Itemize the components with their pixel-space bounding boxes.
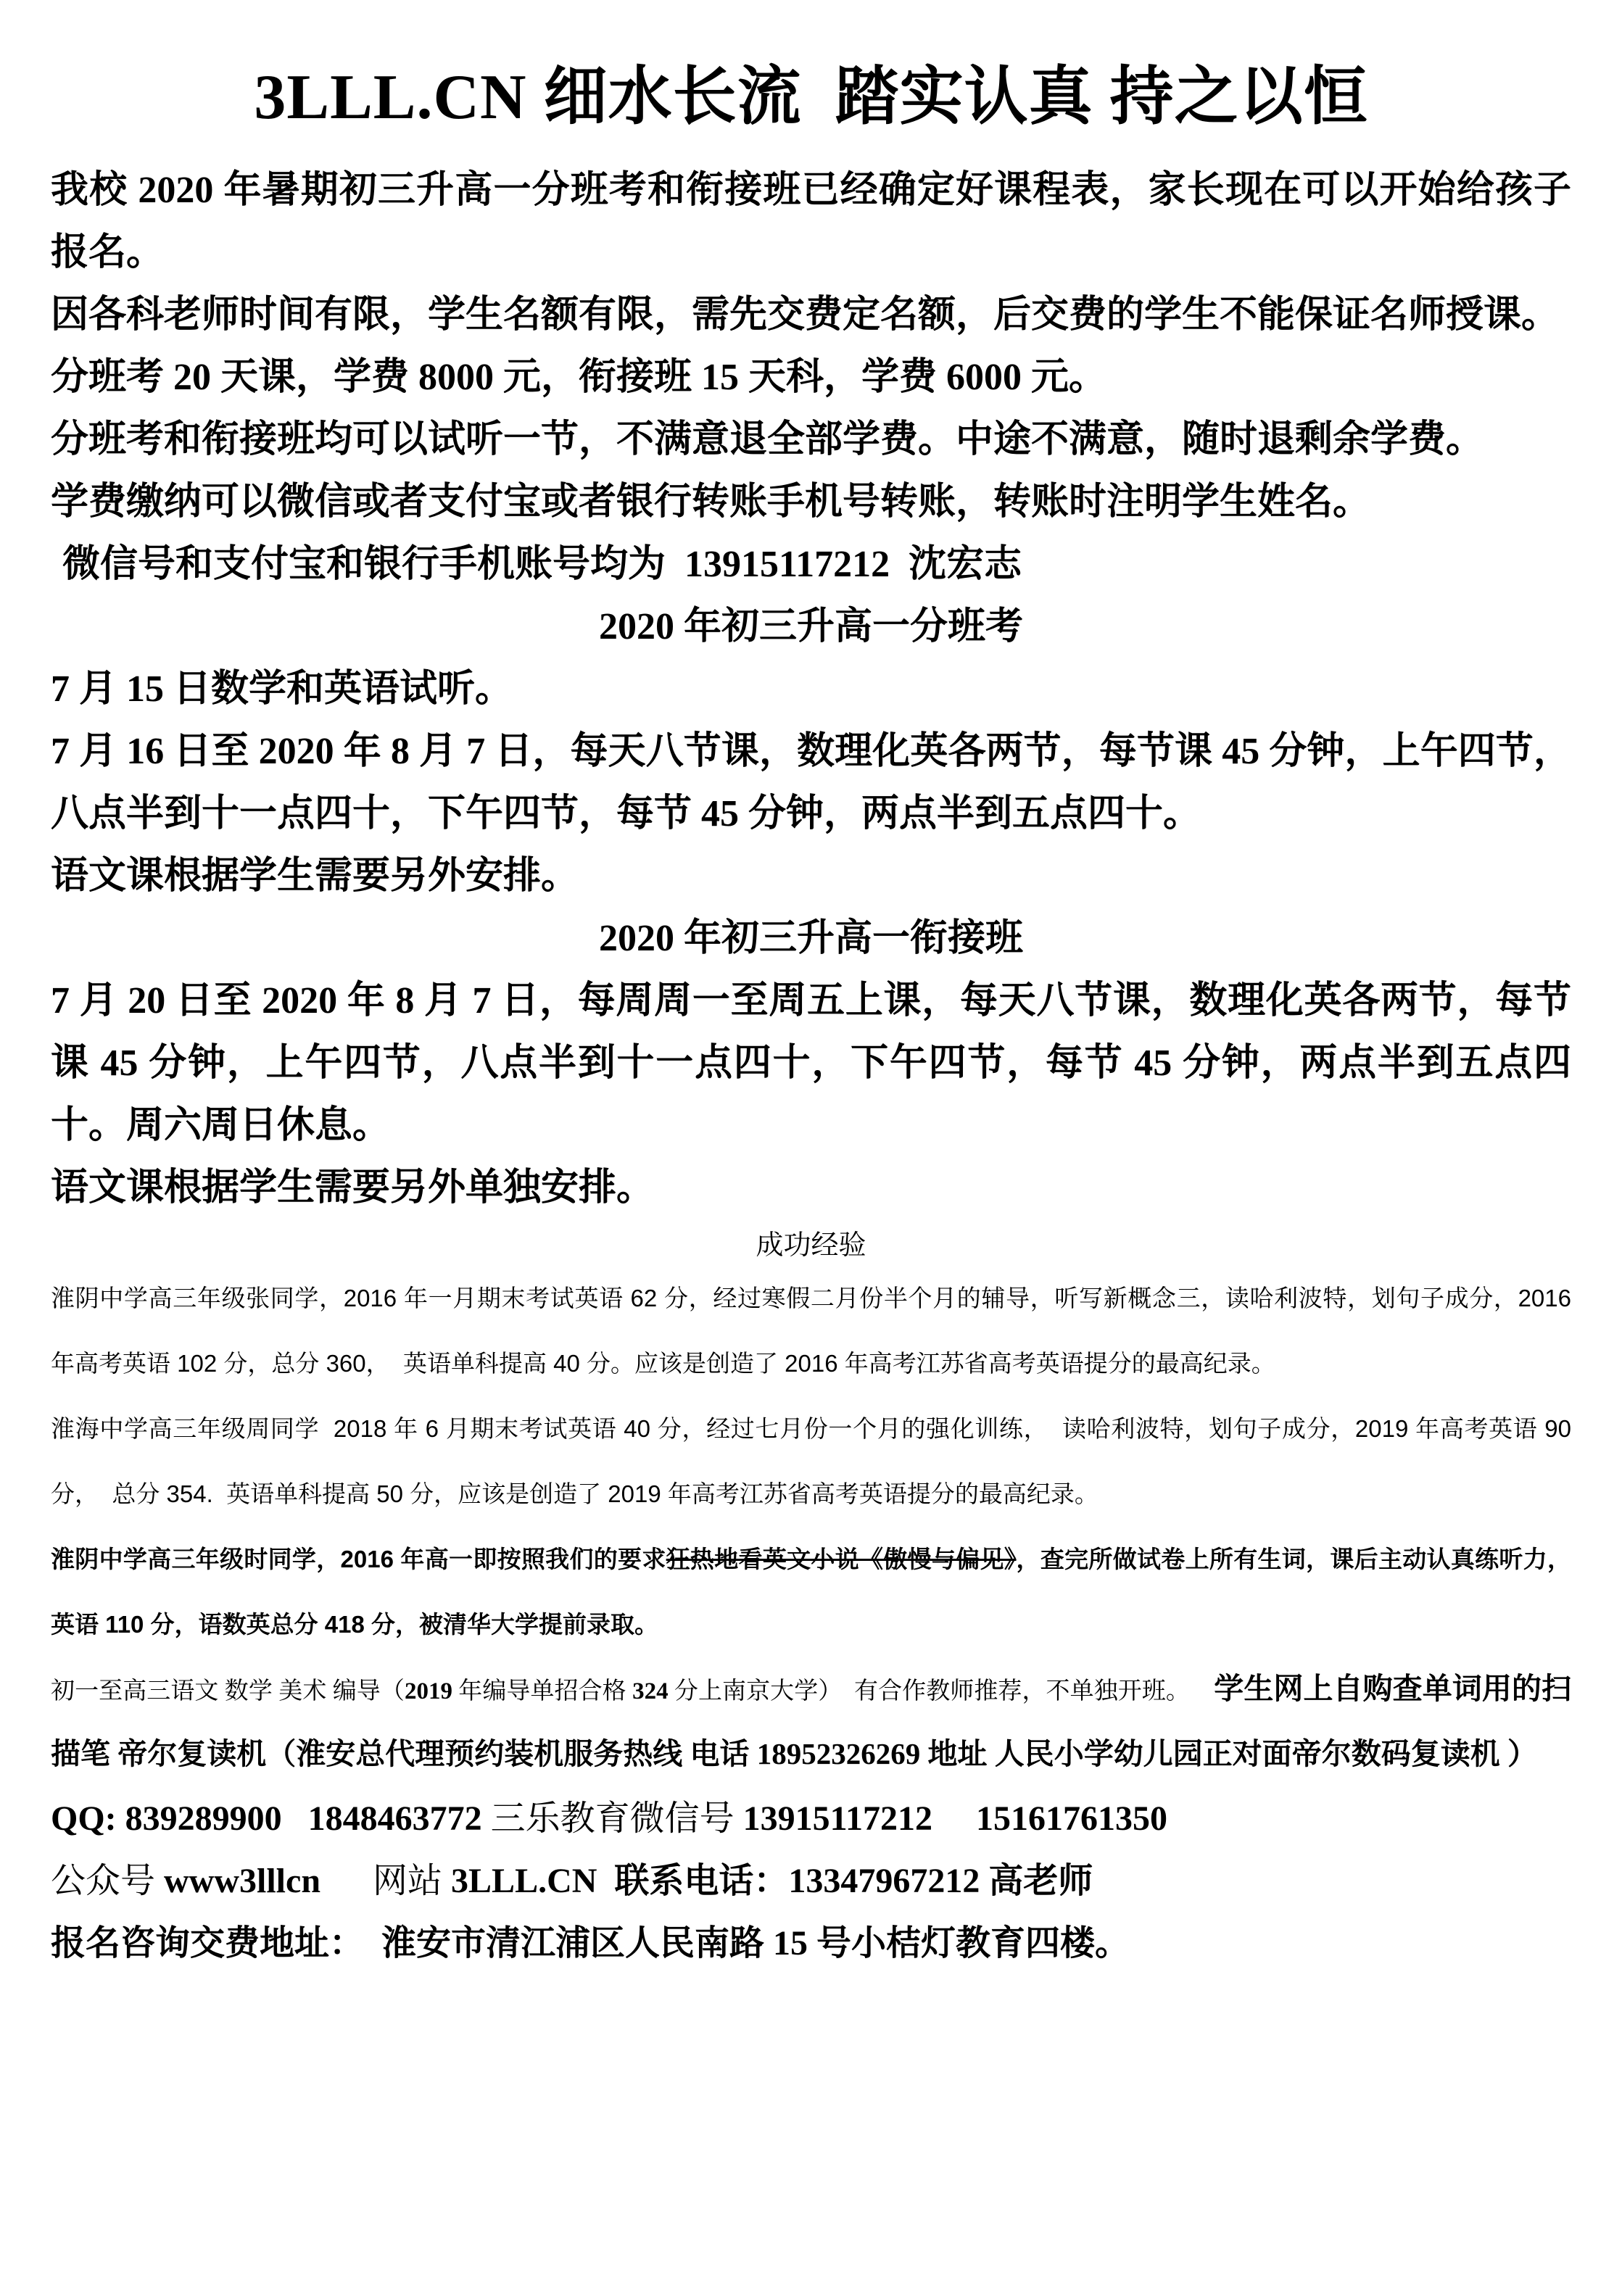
courses-paragraph: 初一至高三语文 数学 美术 编导（2019 年编导单招合格 324 分上南京大学… (51, 1657, 1571, 1788)
address-label: 报名咨询交费地址： (51, 1924, 364, 1963)
official-account-label: 公众号 (51, 1862, 164, 1900)
strikethrough-text: 狂热地看英文小说《傲慢与偏见》 (666, 1546, 1017, 1572)
success-case-1: 淮阴中学高三年级张同学，2016 年一月期末考试英语 62 分，经过寒假二月份半… (51, 1266, 1571, 1396)
courses-note-text: 分上南京大学） 有合作教师推荐，不单独开班。 (669, 1678, 1215, 1704)
intro-paragraph-3: 分班考 20 天课，学费 8000 元，衔接班 15 天科，学费 6000 元。 (51, 347, 1571, 409)
qq-numbers: QQ: 839289900 1848463772 (51, 1799, 482, 1838)
bridge-class-paragraph-2: 语文课根据学生需要另外单独安排。 (51, 1157, 1571, 1219)
contact-accounts-line: 公众号 www3lllcn 网站 3LLL.CN 联系电话：1334796721… (51, 1850, 1571, 1912)
wechat-numbers: 13915117212 15161761350 (743, 1799, 1167, 1838)
bridge-class-heading: 2020 年初三升高一衔接班 (51, 908, 1571, 970)
placement-exam-paragraph-3: 语文课根据学生需要另外安排。 (51, 845, 1571, 908)
wechat-label: 三乐教育微信号 (482, 1799, 743, 1838)
document-page: 3LLL.CN 细水长流 踏实认真 持之以恒 我校 2020 年暑期初三升高一分… (0, 0, 1622, 2296)
intro-paragraph-5: 学费缴纳可以微信或者支付宝或者银行转账手机号转账，转账时注明学生姓名。 (51, 471, 1571, 534)
intro-paragraph-2: 因各科老师时间有限，学生名额有限，需先交费定名额，后交费的学生不能保证名师授课。 (51, 284, 1571, 347)
success-stories-heading: 成功经验 (51, 1225, 1571, 1266)
address-value: 淮安市清江浦区人民南路 15 号小桔灯教育四楼。 (364, 1924, 1130, 1963)
placement-exam-paragraph-1: 7 月 15 日数学和英语试听。 (51, 658, 1571, 721)
success-case-3: 淮阴中学高三年级时同学，2016 年高一即按照我们的要求狂热地看英文小说《傲慢与… (51, 1527, 1571, 1657)
courses-admission-text: 年编导单招合格 (452, 1678, 632, 1704)
intro-paragraph-payment-account: 微信号和支付宝和银行手机账号均为 13915117212 沈宏志 (51, 534, 1571, 596)
placement-exam-heading: 2020 年初三升高一分班考 (51, 596, 1571, 658)
page-title: 3LLL.CN 细水长流 踏实认真 持之以恒 (51, 51, 1571, 145)
intro-paragraph-1: 我校 2020 年暑期初三升高一分班考和衔接班已经确定好课程表，家长现在可以开始… (51, 159, 1571, 284)
bridge-class-paragraph-1: 7 月 20 日至 2020 年 8 月 7 日，每周周一至周五上课，每天八节课… (51, 970, 1571, 1157)
official-account-value: www3lllcn (164, 1862, 320, 1900)
courses-year-number: 2019 (405, 1678, 452, 1704)
success-case-2: 淮海中学高三年级周同学 2018 年 6 月期末考试英语 40 分，经过七月份一… (51, 1396, 1571, 1527)
success-case-3-text-before: 淮阴中学高三年级时同学，2016 年高一即按照我们的要求 (51, 1546, 666, 1572)
website-label: 网站 (320, 1862, 451, 1900)
contact-qq-line: QQ: 839289900 1848463772 三乐教育微信号 1391511… (51, 1788, 1571, 1850)
contact-address-line: 报名咨询交费地址： 淮安市清江浦区人民南路 15 号小桔灯教育四楼。 (51, 1912, 1571, 1975)
intro-paragraph-4: 分班考和衔接班均可以试听一节，不满意退全部学费。中途不满意，随时退剩余学费。 (51, 409, 1571, 471)
phone-and-teacher: 联系电话：13347967212 高老师 (597, 1862, 1093, 1900)
courses-subjects-text: 初一至高三语文 数学 美术 编导（ (51, 1678, 405, 1704)
placement-exam-paragraph-2: 7 月 16 日至 2020 年 8 月 7 日，每天八节课，数理化英各两节，每… (51, 721, 1571, 845)
courses-score-number: 324 (632, 1678, 669, 1704)
website-value: 3LLL.CN (451, 1862, 597, 1900)
